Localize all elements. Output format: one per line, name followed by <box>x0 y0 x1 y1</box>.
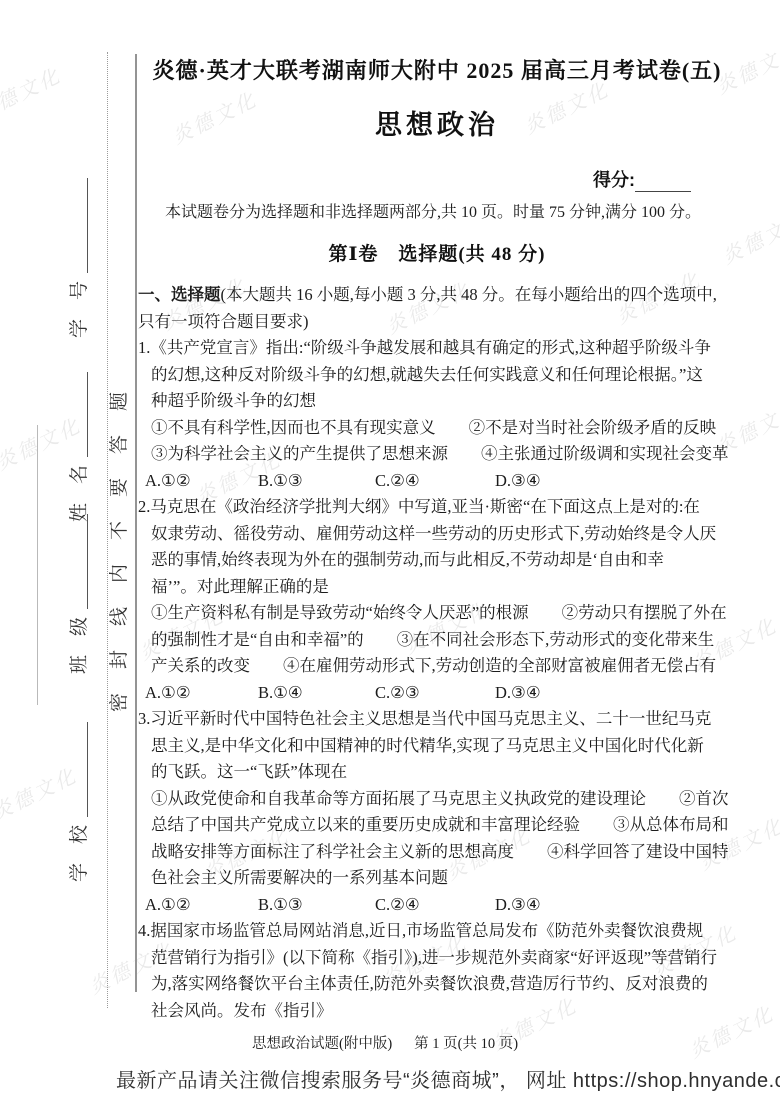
answer-option-c: C.②④ <box>375 892 495 919</box>
school-label: 学 校 <box>68 825 92 882</box>
question-2-line: 奴隶劳动、徭役劳动、雇佣劳动这样一些劳动的历史形式下,劳动始终是令人厌 <box>151 521 736 548</box>
score-block: 得分: <box>593 166 691 192</box>
footer-doc-title: 思想政治试题(附中版) <box>252 1036 392 1052</box>
promo-banner: 最新产品请关注微信搜索服务号“炎德商城”， 网址 https://shop.hn… <box>116 1064 780 1093</box>
name-field: 姓 名 <box>60 372 92 522</box>
instruction-line-2: 只有一项符合题目要求) <box>138 309 736 336</box>
question-2-line: ①生产资料私有制是导致劳动“始终令人厌恶”的根源 ②劳动只有摆脱了外在 <box>151 600 736 627</box>
score-blank-line <box>635 172 691 192</box>
question-3-line: ①从政党使命和自我革命等方面拓展了马克思主义执政党的建设理论 ②首次 <box>151 786 736 813</box>
question-4-line: 范营销行为指引》(以下简称《指引》),进一步规范外卖商家“好评返现”等营销行 <box>151 945 736 972</box>
page-footer: 思想政治试题(附中版)第 1 页(共 10 页) <box>252 1032 518 1053</box>
watermark: 炎德文化 <box>0 59 66 125</box>
exam-title: 炎德·英才大联考湖南师大附中 2025 届高三月考试卷(五) <box>138 54 736 85</box>
seal-line-text: 密封线内不要答题 <box>107 368 133 712</box>
question-1-line: ①不具有科学性,因而也不具有现实意义 ②不是对当时社会阶级矛盾的反映 <box>151 415 736 442</box>
question-4: 4.据国家市场监管总局网站消息,近日,市场监管总局发布《防范外卖餐饮浪费规 范营… <box>138 918 736 1024</box>
question-3-line: 战略安排等方面标注了科学社会主义新的思想高度 ④科学回答了建设中国特 <box>151 839 736 866</box>
question-3-line: 3.习近平新时代中国特色社会主义思想是当代中国马克思主义、二十一世纪马克 <box>151 706 736 733</box>
question-4-line: 4.据国家市场监管总局网站消息,近日,市场监管总局发布《防范外卖餐饮浪费规 <box>151 918 736 945</box>
answer-option-b: B.①③ <box>258 892 375 919</box>
question-2-line: 恶的事情,始终表现为外在的强制劳动,而与此相反,不劳动却是‘自由和幸 <box>151 547 736 574</box>
question-1: 1.《共产党宣言》指出:“阶级斗争越发展和越具有确定的形式,这种超乎阶级斗争 的… <box>138 335 736 494</box>
question-1-line: 种超乎阶级斗争的幻想 <box>151 388 736 415</box>
seal-line-notice: 密封线内不要答题 <box>104 364 136 712</box>
instruction-rest: (本大题共 16 小题,每小题 3 分,共 48 分。在每小题给出的四个选项中, <box>221 285 717 304</box>
student-number-field: 学 号 <box>60 178 92 338</box>
question-4-line: 社会风尚。发布《指引》 <box>151 998 736 1025</box>
question-1-line: 1.《共产党宣言》指出:“阶级斗争越发展和越具有确定的形式,这种超乎阶级斗争 <box>151 335 736 362</box>
answer-option-a: A.①② <box>145 892 258 919</box>
answer-option-c: C.②④ <box>375 468 495 495</box>
instruction-lead: 一、选择题 <box>138 286 221 304</box>
binding-mark-line <box>37 425 38 705</box>
footer-page-number: 第 1 页(共 10 页) <box>414 1036 518 1052</box>
class-field: 班 级 <box>60 514 92 674</box>
question-3: 3.习近平新时代中国特色社会主义思想是当代中国马克思主义、二十一世纪马克 思主义… <box>138 706 736 918</box>
question-2-line: 的强制性才是“自由和幸福”的 ③在不同社会形态下,劳动形式的变化带来生 <box>151 627 736 654</box>
question-2-line: 产关系的改变 ④在雇佣劳动形式下,劳动创造的全部财富被雇佣者无偿占有 <box>151 653 736 680</box>
student-number-label: 学 号 <box>68 281 92 338</box>
answer-option-b: B.①③ <box>258 468 375 495</box>
question-3-line: 的飞跃。这一“飞跃”体现在 <box>151 759 736 786</box>
exam-paper-page: 炎德文化 炎德文化 炎德文化 炎德文化 炎德文化 炎德文化 炎德文化 炎德文化 … <box>0 0 780 1104</box>
subject-title: 思想政治 <box>138 103 736 142</box>
answer-option-d: D.③④ <box>495 892 736 919</box>
question-area: 一、选择题(本大题共 16 小题,每小题 3 分,共 48 分。在每小题给出的四… <box>138 282 736 1024</box>
answer-option-d: D.③④ <box>495 680 736 707</box>
question-1-line: ③为科学社会主义的产生提供了思想来源 ④主张通过阶级调和实现社会变革 <box>151 441 736 468</box>
answer-option-a: A.①② <box>145 468 258 495</box>
question-3-line: 色社会主义所需要解决的一系列基本问题 <box>151 865 736 892</box>
exam-intro: 本试题卷分为选择题和非选择题两部分,共 10 页。时量 75 分钟,满分 100… <box>138 199 736 222</box>
question-2: 2.马克思在《政治经济学批判大纲》中写道,亚当·斯密“在下面这点上是对的:在 奴… <box>138 494 736 706</box>
instruction-line-1: 一、选择题(本大题共 16 小题,每小题 3 分,共 48 分。在每小题给出的四… <box>138 282 736 309</box>
answer-option-b: B.①④ <box>258 680 375 707</box>
school-blank <box>87 722 88 817</box>
score-label: 得分: <box>593 170 635 190</box>
question-3-answers: A.①② B.①③ C.②④ D.③④ <box>145 892 736 919</box>
question-2-line: 2.马克思在《政治经济学批判大纲》中写道,亚当·斯密“在下面这点上是对的:在 <box>151 494 736 521</box>
section-title: 第Ⅰ卷 选择题(共 48 分) <box>138 239 736 266</box>
name-blank <box>87 372 88 457</box>
class-label: 班 级 <box>68 617 92 674</box>
answer-option-d: D.③④ <box>495 468 736 495</box>
school-field: 学 校 <box>60 722 92 882</box>
question-3-line: 总结了中国共产党成立以来的重要历史成就和丰富理论经验 ③从总体布局和 <box>151 812 736 839</box>
question-1-answers: A.①② B.①③ C.②④ D.③④ <box>145 468 736 495</box>
question-4-line: 为,落实网络餐饮平台主体责任,防范外卖餐饮浪费,营造厉行节约、反对浪费的 <box>151 971 736 998</box>
class-blank <box>87 514 88 609</box>
question-3-line: 思主义,是中华文化和中国精神的时代精华,实现了马克思主义中国化时代化新 <box>151 733 736 760</box>
question-2-line: 福’”。对此理解正确的是 <box>151 574 736 601</box>
answer-option-a: A.①② <box>145 680 258 707</box>
question-2-answers: A.①② B.①④ C.②③ D.③④ <box>145 680 736 707</box>
answer-option-c: C.②③ <box>375 680 495 707</box>
student-number-blank <box>87 178 88 273</box>
question-1-line: 的幻想,这种反对阶级斗争的幻想,就越失去任何实践意义和任何理论根据。”这 <box>151 362 736 389</box>
